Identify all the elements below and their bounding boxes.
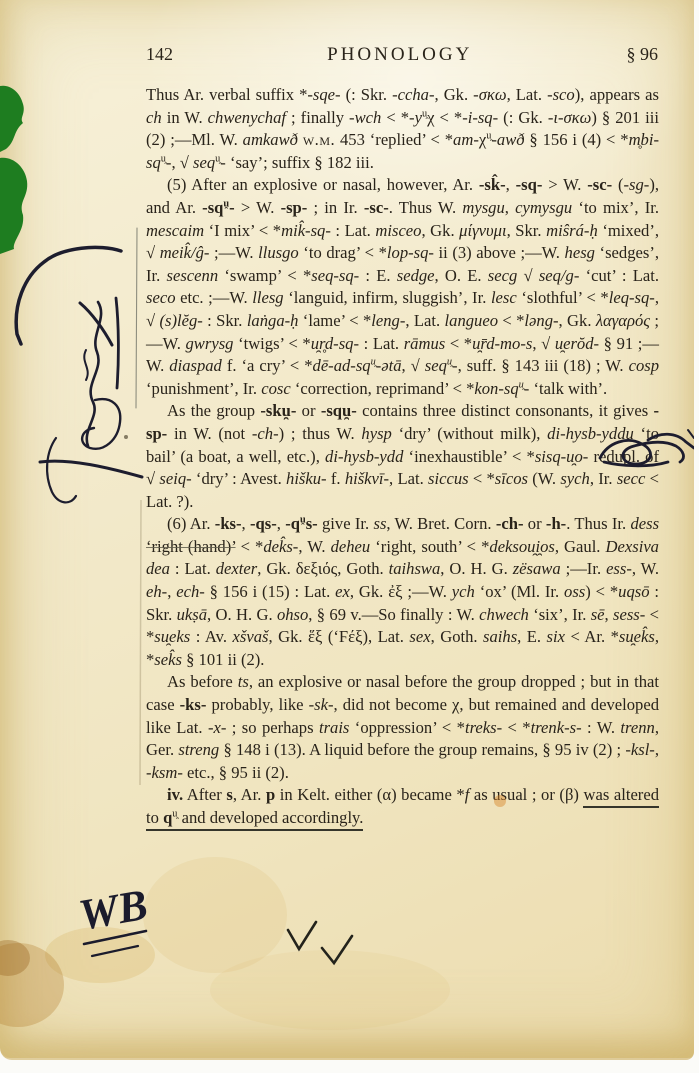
page-crease xyxy=(140,500,141,785)
page-header: 142 PHONOLOGY § 96 xyxy=(146,44,658,66)
paragraph: As the group -sku̯- or -squ̯- contains t… xyxy=(146,400,659,513)
paragraph: (5) After an explosive or nasal, however… xyxy=(146,174,659,400)
paragraph: Thus Ar. verbal suffix *-sqe- (: Skr. -c… xyxy=(146,84,659,174)
initials-wb: WB xyxy=(75,880,151,940)
running-head: PHONOLOGY xyxy=(173,44,627,66)
book-page: 142 PHONOLOGY § 96 Thus Ar. verbal suffi… xyxy=(0,0,694,1060)
check-marks xyxy=(288,922,352,963)
section-mark: § 96 xyxy=(627,44,659,65)
paragraph: As before ts, an explosive or nasal befo… xyxy=(146,671,659,784)
paragraph: iv. After s, Ar. p in Kelt. either (α) b… xyxy=(146,784,659,829)
handwritten-initials: WB xyxy=(75,880,151,956)
margin-ink-scribble xyxy=(16,228,142,502)
paragraph: (6) Ar. -ks-, -qs-, -qu̯s- give Ir. ss, … xyxy=(146,513,659,671)
text-block: Thus Ar. verbal suffix *-sqe- (: Skr. -c… xyxy=(146,84,659,830)
page-number: 142 xyxy=(146,44,173,65)
green-ink-blot xyxy=(0,86,27,254)
